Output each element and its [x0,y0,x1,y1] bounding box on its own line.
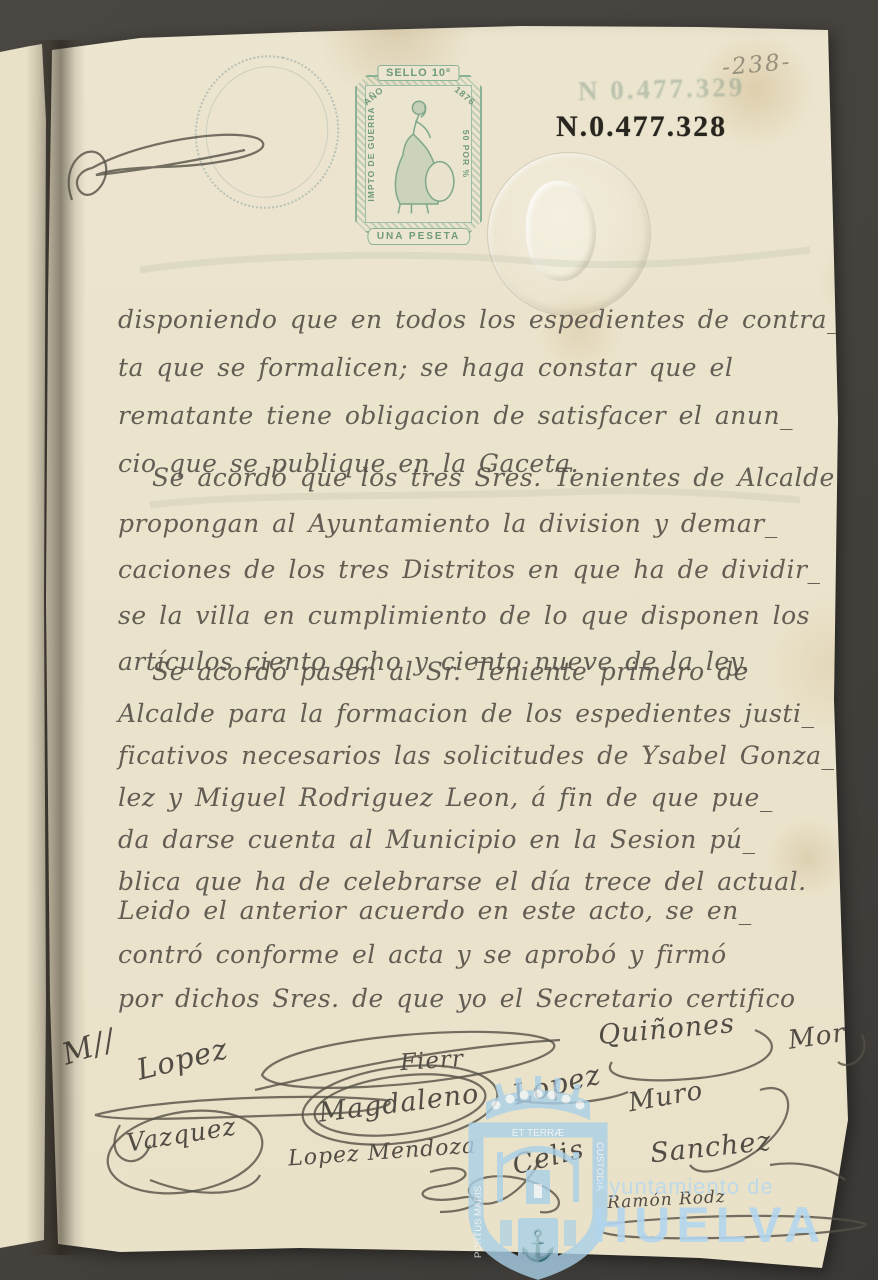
signature: Muro [626,1076,706,1119]
embossed-profile [526,181,596,281]
stamp-left-text: IMPTO DE GUERRA [366,106,376,201]
manuscript-line: se la villa en cumplimiento de lo que di… [118,601,838,647]
signature: Lopez [133,1031,231,1086]
manuscript-line: ficativos necesarios las solicitudes de … [118,741,838,783]
stamp-right-text: 50 POR % [461,130,471,178]
manuscript-line: disponiendo que en todos los espedientes… [118,305,838,353]
stamp-value-banner: UNA PESETA [367,228,470,245]
page-number-pencil: -238- [721,49,792,81]
signature: Magdaleno [317,1078,481,1128]
manuscript-line: ta que se formalicen; se haga constar qu… [118,353,838,401]
fiscal-stamp: AÑO 1876 IMPTO DE GUERRA 50 POR % SELLO … [355,75,482,233]
manuscript-line: rematante tiene obligacion de satisfacer… [118,401,838,449]
scanned-document: tiva alde es e Ofi euen tamie Co endo co… [0,0,878,1280]
allegorical-figure-icon [371,89,467,221]
serial-number: N.0.477.328 [556,110,727,144]
signature: Celis [509,1134,587,1182]
manuscript-line: Alcalde para la formacion de los espedie… [118,699,838,741]
signature: Lopez [509,1058,604,1112]
faint-oval-ink-stamp [181,42,354,223]
serial-number-ghost: N 0.477.329 [578,72,746,107]
manuscript-line: lez y Miguel Rodriguez Leon, á fin de qu… [118,783,838,825]
signature: Fierr [399,1046,465,1076]
manuscript-line: propongan al Ayuntamiento la division y … [118,509,838,555]
manuscript-line: caciones de los tres Distritos en que ha… [118,555,838,601]
signature-paraph: M// [58,1023,120,1073]
manuscript-line: Se acordó que los tres Sres. Tenientes d… [118,463,838,509]
stamp-top-banner: SELLO 10º [377,65,460,81]
document-page: AÑO 1876 IMPTO DE GUERRA 50 POR % SELLO … [0,0,878,1280]
manuscript-line: Se acordó pasen al Sr. Teniente primero … [118,657,838,699]
manuscript-line: Leido el anterior acuerdo en este acto, … [118,896,838,940]
embossed-seal [487,152,651,316]
manuscript-line: da darse cuenta al Municipio en la Sesio… [118,825,838,867]
signature: Ramón Rodz [607,1187,727,1213]
manuscript-line: contró conforme el acta y se aprobó y fi… [118,940,838,984]
paragraph: Se acordó pasen al Sr. Teniente primero … [118,657,838,909]
signature: Sanchez [649,1126,773,1170]
signature: Vazquez [124,1112,238,1158]
signature: Lopez Mendoza [287,1133,477,1171]
